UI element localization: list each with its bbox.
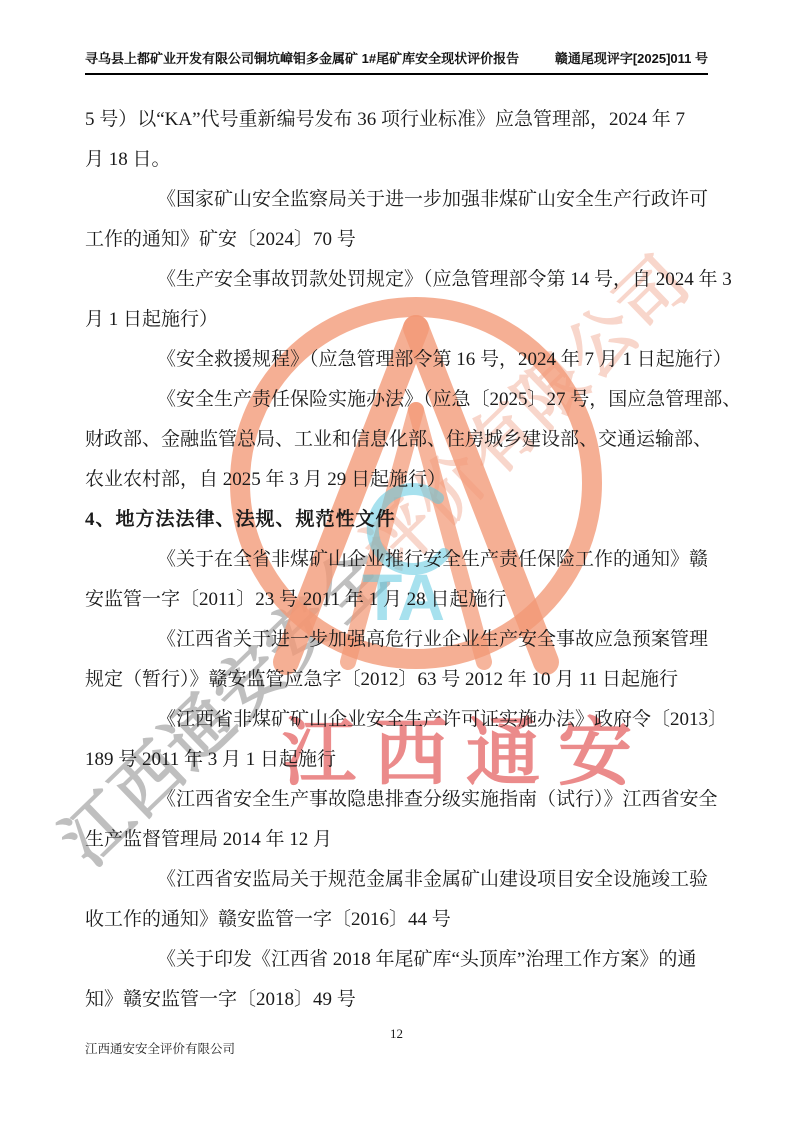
body-line: 《安全生产责任保险实施办法》（应急〔2025〕27 号，国应急管理部、: [85, 380, 725, 420]
body-line: 农业农村部，自 2025 年 3 月 29 日起施行）: [85, 460, 725, 500]
document-page: 江西通安安全评价有限公司 TA 江西通安 寻乌县上都矿业开发有限公司铜坑嶂钼多金…: [0, 0, 793, 1122]
body-line: 知》赣安监管一字〔2018〕49 号: [85, 980, 725, 1020]
body-line: 《江西省非煤矿矿山企业安全生产许可证实施办法》政府令〔2013〕: [85, 700, 725, 740]
body-line: 《关于印发《江西省 2018 年尾矿库“头顶库”治理工作方案》的通: [85, 940, 725, 980]
document-body: 5 号）以“KA”代号重新编号发布 36 项行业标准》应急管理部，2024 年 …: [85, 100, 725, 1020]
footer-company-name: 江西通安安全评价有限公司: [85, 1039, 235, 1057]
page-header: 寻乌县上都矿业开发有限公司铜坑嶂钼多金属矿 1#尾矿库安全现状评价报告 赣通尾现…: [85, 48, 708, 75]
body-line: 规定（暂行）》赣安监管应急字〔2012〕63 号 2012 年 10 月 11 …: [85, 660, 725, 700]
body-line: 《生产安全事故罚款处罚规定》（应急管理部令第 14 号，自 2024 年 3: [85, 260, 725, 300]
body-line: 收工作的通知》赣安监管一字〔2016〕44 号: [85, 900, 725, 940]
body-line: 《国家矿山安全监察局关于进一步加强非煤矿山安全生产行政许可: [85, 180, 725, 220]
body-line: 财政部、金融监管总局、工业和信息化部、住房城乡建设部、交通运输部、: [85, 420, 725, 460]
body-line: 《江西省关于进一步加强高危行业企业生产安全事故应急预案管理: [85, 620, 725, 660]
body-line: 189 号 2011 年 3 月 1 日起施行: [85, 740, 725, 780]
body-line: 工作的通知》矿安〔2024〕70 号: [85, 220, 725, 260]
body-line: 安监管一字〔2011〕23 号 2011 年 1 月 28 日起施行: [85, 580, 725, 620]
body-line: 5 号）以“KA”代号重新编号发布 36 项行业标准》应急管理部，2024 年 …: [85, 100, 725, 140]
body-line: 《关于在全省非煤矿山企业推行安全生产责任保险工作的通知》赣: [85, 540, 725, 580]
body-line: 月 18 日。: [85, 140, 725, 180]
body-line: 月 1 日起施行）: [85, 300, 725, 340]
body-line: 《江西省安全生产事故隐患排查分级实施指南（试行）》江西省安全: [85, 780, 725, 820]
body-line: 《江西省安监局关于规范金属非金属矿山建设项目安全设施竣工验: [85, 860, 725, 900]
header-document-number: 赣通尾现评字[2025]011 号: [555, 48, 708, 67]
header-report-title: 寻乌县上都矿业开发有限公司铜坑嶂钼多金属矿 1#尾矿库安全现状评价报告: [85, 48, 519, 67]
body-line: 《安全救援规程》（应急管理部令第 16 号，2024 年 7 月 1 日起施行）: [85, 340, 725, 380]
body-line: 生产监督管理局 2014 年 12 月: [85, 820, 725, 860]
section-heading: 4、地方法法律、法规、规范性文件: [85, 500, 725, 540]
